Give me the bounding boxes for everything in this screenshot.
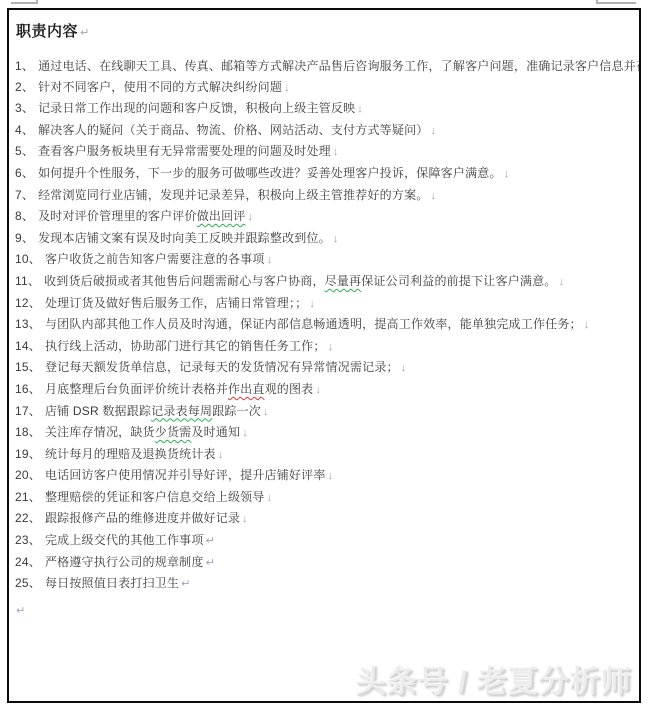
list-item: 13、与团队内部其他工作人员及时沟通，保证内部信息畅通透明，提高工作效率，能单独… — [15, 314, 633, 336]
item-number: 25、 — [15, 576, 41, 590]
item-text-segment: 处理订货及做好售后服务工作，店铺日常管理；； — [45, 296, 307, 310]
paragraph-mark: ↵ — [181, 578, 190, 590]
item-text-segment: 跟踪报修产品的维修进度并做好记录 — [45, 511, 240, 525]
item-text-segment: 与团队内部其他工作人员及时沟通，保证内部信息畅通透明，提高工作效率，能单独完成工… — [45, 317, 582, 331]
item-number: 19、 — [15, 447, 41, 461]
line-break-mark: ↓ — [315, 384, 321, 396]
line-break-mark: ↓ — [242, 427, 248, 439]
list-item: 5、查看客户服务板块里有无异常需要处理的问题及时处理↓ — [15, 141, 633, 163]
list-item: 16、月底整理后台负面评价统计表格并作出直观的图表↓ — [15, 379, 633, 401]
line-break-mark: ↓ — [328, 470, 334, 482]
list-item: 14、执行线上活动，协助部门进行其它的销售任务工作；↓ — [15, 336, 633, 358]
paragraph-mark: ↵ — [206, 557, 215, 569]
item-text-segment: 客户收货之前告知客户需要注意的各事项 — [45, 252, 265, 266]
list-item: 15、登记每天额发货单信息，记录每天的发货情况有异常情况需记录；↓ — [15, 357, 633, 379]
item-text-segment: 尽量再 — [325, 274, 362, 288]
cropped-table-handle-left — [11, 0, 38, 4]
item-text-segment: 少货需 — [155, 425, 192, 439]
item-number: 20、 — [15, 468, 41, 482]
item-number: 18、 — [15, 425, 41, 439]
item-text-segment: 观的图表 — [265, 382, 314, 396]
item-number: 14、 — [15, 339, 41, 353]
item-number: 2、 — [15, 80, 34, 94]
item-number: 24、 — [15, 555, 41, 569]
item-number: 11、 — [15, 274, 40, 288]
page-title: 职责内容 — [16, 23, 78, 40]
item-number: 8、 — [15, 209, 34, 223]
line-break-mark: ↓ — [248, 211, 254, 223]
list-item: 6、如何提升个性服务，下一步的服务可做哪些改进？妥善处理客户投诉，保障客户满意。… — [15, 163, 633, 185]
item-text-segment: 记录表每周 — [151, 404, 212, 418]
watermark-text: 头条号 / 老夏分析师 — [356, 657, 632, 701]
list-item: 22、跟踪报修产品的维修进度并做好记录↓ — [15, 508, 633, 530]
line-break-mark: ↓ — [333, 146, 339, 158]
item-text-segment: 及时对评价管理里的客户评价 — [38, 209, 197, 223]
line-break-mark: ↓ — [504, 168, 510, 180]
line-break-mark: ↓ — [263, 406, 269, 418]
item-number: 23、 — [15, 533, 41, 547]
list-item: 11、收到货后破损或者其他售后问题需耐心与客户协商，尽量再保证公司利益的前提下让… — [15, 271, 633, 293]
item-text-segment: 及时通知 — [191, 425, 240, 439]
list-item: 9、发现本店铺文案有误及时向美工反映并跟踪整改到位。↓ — [15, 228, 633, 250]
cropped-table-handle-right — [596, 0, 636, 4]
item-text-segment: 经常浏览同行业店铺，发现并记录差异，积极向上级主管推荐好的方案。 — [38, 188, 428, 202]
line-break-mark: ↓ — [267, 492, 273, 504]
item-text-segment: 整理赔偿的凭证和客户信息交给上级领导 — [45, 490, 265, 504]
item-number: 6、 — [15, 166, 34, 180]
paragraph-mark: ↵ — [206, 535, 215, 547]
line-break-mark: ↓ — [430, 190, 436, 202]
line-break-mark: ↓ — [357, 103, 363, 115]
item-text-segment: 关注库存情况，缺货 — [45, 425, 155, 439]
list-item: 23、完成上级交代的其他工作事项↵ — [15, 530, 633, 552]
line-break-mark: ↓ — [328, 341, 334, 353]
list-item: 17、店铺 DSR 数据跟踪记录表每周跟踪一次↓ — [15, 401, 633, 423]
item-number: 1、 — [15, 59, 34, 73]
item-text-segment: 发现本店铺文案有误及时向美工反映并跟踪整改到位。 — [38, 231, 331, 245]
line-break-mark: ↓ — [558, 276, 564, 288]
item-text-segment: 月底整理后台负面评价统计表格并 — [45, 382, 228, 396]
line-break-mark: ↓ — [309, 298, 315, 310]
list-item: 10、客户收货之前告知客户需要注意的各事项↓ — [15, 249, 633, 271]
item-text-segment: 解决客人的疑问（关于商品、物流、价格、网站活动、支付方式等疑问） — [38, 123, 428, 137]
line-break-mark: ↓ — [401, 362, 407, 374]
item-number: 12、 — [15, 296, 41, 310]
list-item: 20、电话回访客户使用情况并引导好评，提升店铺好评率↓ — [15, 465, 633, 487]
list-item: 7、经常浏览同行业店铺，发现并记录差异，积极向上级主管推荐好的方案。↓ — [15, 185, 633, 207]
item-number: 10、 — [15, 252, 41, 266]
list-item: 12、处理订货及做好售后服务工作，店铺日常管理；；↓ — [15, 293, 633, 315]
item-number: 13、 — [15, 317, 41, 331]
item-text-segment: 统计每月的理赔及退换货统计表 — [45, 447, 216, 461]
item-number: 17、 — [15, 404, 41, 418]
item-text-segment: 严格遵守执行公司的规章制度 — [45, 555, 204, 569]
list-item: 19、统计每月的理赔及退换货统计表↓ — [15, 444, 633, 466]
line-break-mark: ↓ — [430, 125, 436, 137]
line-break-mark: ↓ — [267, 254, 273, 266]
item-text-segment: 登记每天额发货单信息，记录每天的发货情况有异常情况需记录； — [45, 360, 399, 374]
item-number: 22、 — [15, 511, 41, 525]
item-number: 7、 — [15, 188, 34, 202]
item-text-segment: 查看客户服务板块里有无异常需要处理的问题及时处理 — [38, 144, 331, 158]
line-break-mark: ↓ — [218, 449, 224, 461]
responsibility-list: 1、通过电话、在线聊天工具、传真、邮箱等方式解决产品售后咨询服务工作，了解客户问… — [15, 56, 633, 595]
item-number: 9、 — [15, 231, 34, 245]
line-break-mark: ↓ — [333, 233, 339, 245]
list-item: 21、整理赔偿的凭证和客户信息交给上级领导↓ — [15, 487, 633, 509]
item-text-segment: 作出直 — [228, 382, 265, 396]
item-text-segment: 记录日常工作出现的问题和客户反馈，积极向上级主管反映 — [38, 101, 355, 115]
line-break-mark: ↓ — [584, 319, 590, 331]
line-break-mark: ↓ — [242, 513, 248, 525]
document-page: 职责内容↵ 1、通过电话、在线聊天工具、传真、邮箱等方式解决产品售后咨询服务工作… — [0, 0, 649, 709]
list-item: 24、严格遵守执行公司的规章制度↵ — [15, 552, 633, 574]
list-item: 1、通过电话、在线聊天工具、传真、邮箱等方式解决产品售后咨询服务工作，了解客户问… — [15, 56, 633, 77]
item-number: 4、 — [15, 123, 34, 137]
item-text-segment: 如何提升个性服务，下一步的服务可做哪些改进？妥善处理客户投诉，保障客户满意。 — [38, 166, 502, 180]
item-text-segment: 收到货后破损或者其他售后问题需耐心与客户协商， — [44, 274, 325, 288]
item-text-segment: 每日按照值日表打扫卫生 — [45, 576, 179, 590]
item-text-segment: 跟踪一次 — [212, 404, 261, 418]
item-text-segment: 做出回评 — [197, 209, 246, 223]
list-item: 25、每日按照值日表打扫卫生↵ — [15, 573, 633, 595]
item-text-segment: 电话回访客户使用情况并引导好评，提升店铺好评率 — [45, 468, 326, 482]
document-title-line: 职责内容↵ — [16, 22, 633, 43]
list-item: 8、及时对评价管理里的客户评价做出回评↓ — [15, 206, 633, 228]
item-text-segment: 针对不同客户，使用不同的方式解决纠纷问题 — [38, 80, 282, 94]
item-number: 16、 — [15, 382, 41, 396]
line-break-mark: ↓ — [284, 82, 290, 94]
document-content-box: 职责内容↵ 1、通过电话、在线聊天工具、传真、邮箱等方式解决产品售后咨询服务工作… — [7, 8, 641, 703]
list-item: 18、关注库存情况，缺货少货需及时通知↓ — [15, 422, 633, 444]
item-text-segment: 店铺 DSR 数据跟踪 — [45, 404, 151, 418]
item-text-segment: 完成上级交代的其他工作事项 — [45, 533, 204, 547]
item-number: 15、 — [15, 360, 41, 374]
item-text-segment: 执行线上活动，协助部门进行其它的销售任务工作； — [45, 339, 326, 353]
paragraph-mark: ↵ — [80, 27, 89, 39]
item-number: 5、 — [15, 144, 34, 158]
item-number: 3、 — [15, 101, 34, 115]
list-item: 2、针对不同客户，使用不同的方式解决纠纷问题↓ — [15, 77, 633, 99]
item-number: 21、 — [15, 490, 41, 504]
list-item: 3、记录日常工作出现的问题和客户反馈，积极向上级主管反映↓ — [15, 98, 633, 120]
item-text-segment: 保证公司利益的前提下让客户满意。 — [361, 274, 556, 288]
trailing-paragraph-mark: ↵ — [16, 601, 633, 621]
item-text-segment: 通过电话、在线聊天工具、传真、邮箱等方式解决产品售后咨询服务工作，了解客户问题，… — [38, 59, 641, 73]
list-item: 4、解决客人的疑问（关于商品、物流、价格、网站活动、支付方式等疑问）↓ — [15, 120, 633, 142]
